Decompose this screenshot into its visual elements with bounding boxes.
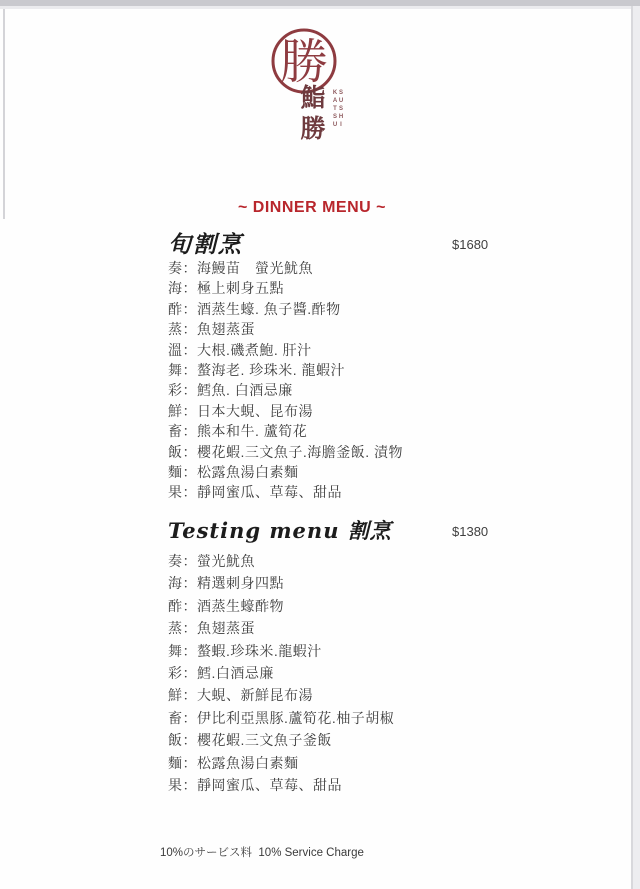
logo-name-char-sushi: 鮨 [295,82,331,113]
section-title-testing-menu: Testing menu 割烹 [168,515,392,545]
photo-right-edge-line [631,6,633,889]
section-price: $1680 [452,237,488,252]
photo-left-edge [3,9,5,219]
logo-name-vertical: 鮨 勝 [295,82,331,144]
section-title-shun-kappo: 旬割烹 [168,226,243,259]
menu-item: 彩：鱈魚. 白酒忌廉 [168,380,508,400]
dinner-menu-heading: ~ DINNER MENU ~ [0,199,624,217]
menu-item: 蒸：魚翅蒸蛋 [168,319,508,339]
menu-item: 溫：大根.磯煮鮑. 肝汁 [168,340,508,360]
menu-item: 舞：螯海老. 珍珠米. 龍蝦汁 [168,360,508,380]
menu-item: 飯：櫻花蝦.三文魚子.海膽釜飯. 漬物 [168,442,508,462]
menu-item: 飯：櫻花蝦.三文魚子釜飯 [168,729,508,751]
menu-item: 酢：酒蒸生蠔酢物 [168,595,508,617]
menu-item-list: 奏：螢光魷魚海：精選刺身四點酢：酒蒸生蠔酢物蒸：魚翅蒸蛋舞：螯蝦.珍珠米.龍蝦汁… [168,550,508,796]
menu-item: 海：極上刺身五點 [168,278,508,298]
menu-item: 果：靜岡蜜瓜、草莓、甜品 [168,482,508,502]
photo-right-edge [633,6,640,889]
menu-item: 麵：松露魚湯白素麵 [168,462,508,482]
menu-item: 奏：螢光魷魚 [168,550,508,572]
menu-item: 彩：鱈.白酒忌廉 [168,662,508,684]
menu-item: 鮮：大蜆、新鮮昆布湯 [168,684,508,706]
menu-item: 畜：熊本和牛. 蘆筍花 [168,421,508,441]
menu-page: 勝 鮨 勝 SUSHI KATSU ~ DINNER MENU ~ 旬割烹 $1… [0,0,640,889]
menu-item: 鮮：日本大蜆、昆布湯 [168,401,508,421]
logo-romaji-vertical: SUSHI KATSU [332,90,344,152]
menu-item: 奏：海鰻苗 螢光魷魚 [168,258,508,278]
menu-item: 畜：伊比利亞黑豚.蘆筍花.柚子胡椒 [168,707,508,729]
menu-item: 海：精選刺身四點 [168,572,508,594]
menu-item: 果：靜岡蜜瓜、草莓、甜品 [168,774,508,796]
photo-top-edge-soft [0,6,640,9]
menu-item: 麵：松露魚湯白素麵 [168,752,508,774]
menu-item: 舞：螯蝦.珍珠米.龍蝦汁 [168,640,508,662]
menu-item: 酢：酒蒸生蠔. 魚子醬.酢物 [168,299,508,319]
service-charge-note: 10%のサービス料 10% Service Charge [160,844,364,860]
logo-name-char-katsu: 勝 [295,113,331,144]
menu-item: 蒸：魚翅蒸蛋 [168,617,508,639]
section-price: $1380 [452,524,488,539]
menu-item-list: 奏：海鰻苗 螢光魷魚海：極上刺身五點酢：酒蒸生蠔. 魚子醬.酢物蒸：魚翅蒸蛋溫：… [168,258,508,503]
